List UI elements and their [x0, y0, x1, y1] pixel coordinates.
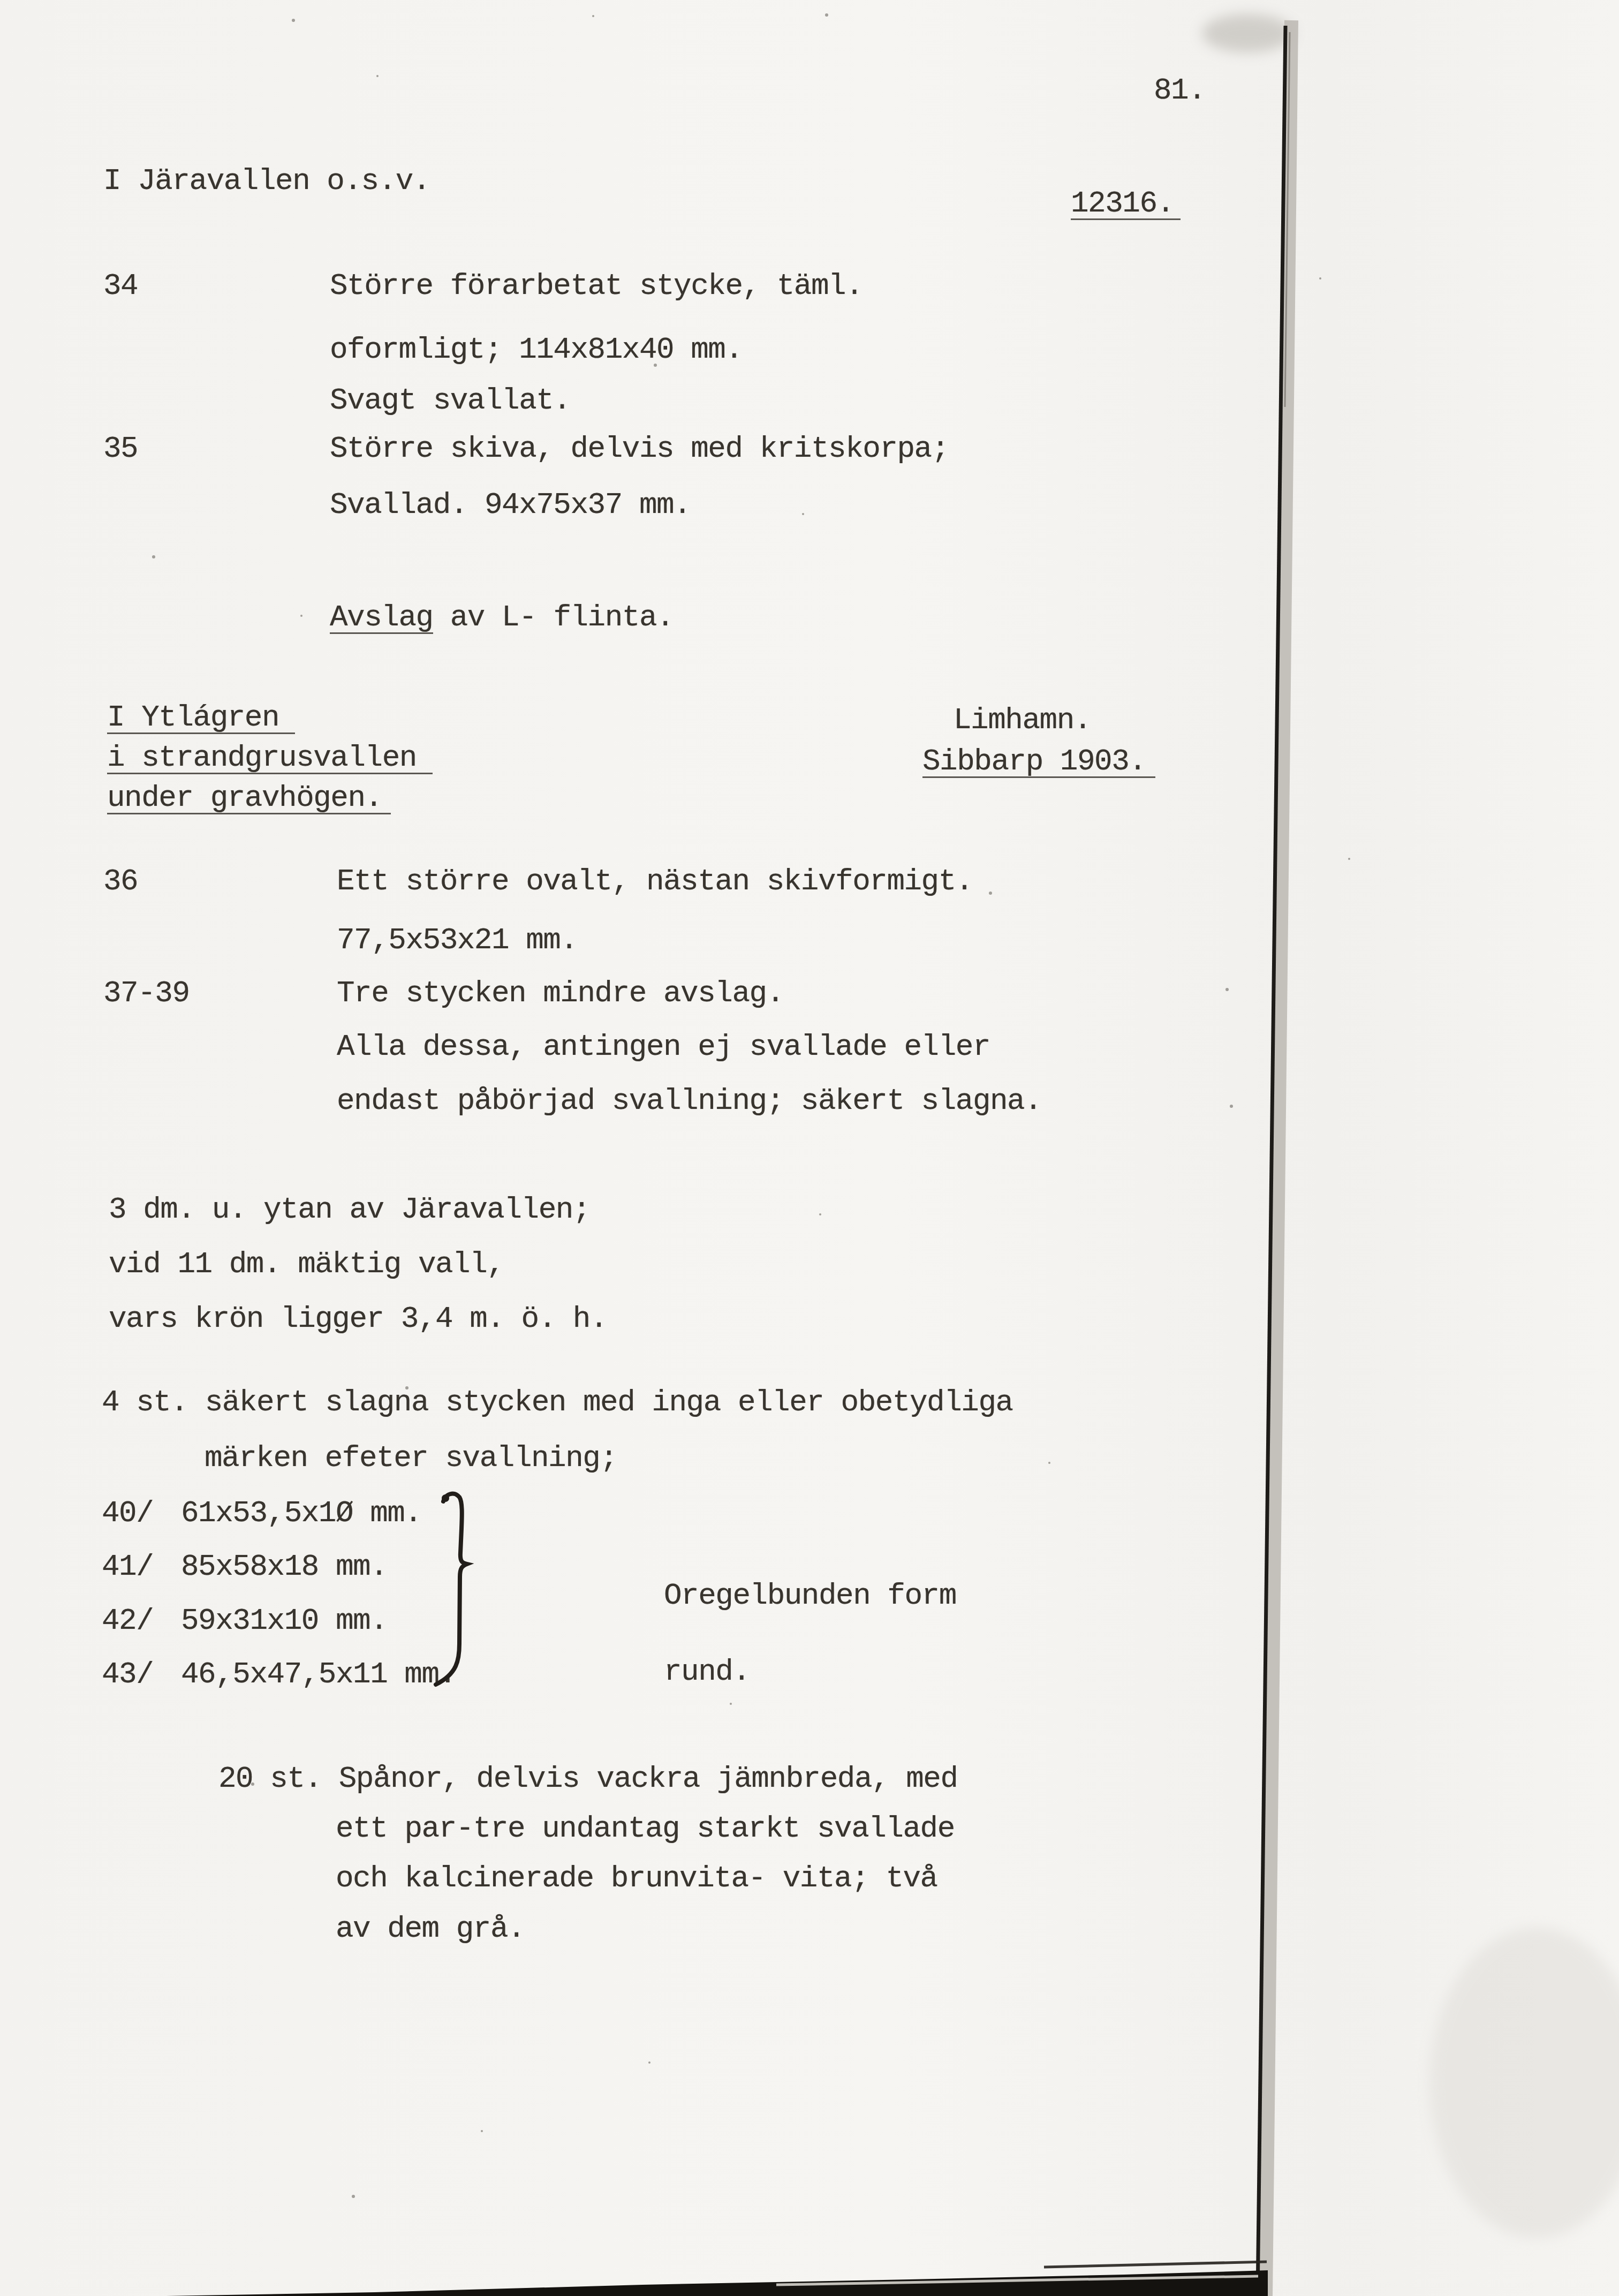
inventory-number: 12316.: [1071, 188, 1181, 220]
measured-item-dims: 59x31x10 mm.: [181, 1604, 387, 1638]
measured-item-number: 41/: [102, 1552, 181, 1582]
item-line: endast påbörjad svallning; säkert slagna…: [337, 1086, 1041, 1116]
item-number: 36: [103, 866, 138, 896]
scanned-document-page: 81. 12316. I Järavallen o.s.v. 34 Större…: [0, 0, 1619, 2296]
bottom-band-streak: [776, 2276, 1258, 2285]
item-number: 35: [103, 434, 138, 464]
measured-item-row: 40/61x53,5x1Ø mm.: [102, 1498, 421, 1528]
bottom-edge-band: [166, 2270, 1268, 2296]
shape-note-line: rund.: [664, 1657, 750, 1687]
section-heading-underlined: Avslag: [330, 602, 433, 634]
blade-note-line: och kalcinerade brunvita- vita; två: [336, 1863, 937, 1893]
section-heading: Avslag av L- flinta.: [330, 602, 674, 634]
measured-item-dims: 46,5x47,5x11 mm.: [181, 1657, 456, 1691]
item-line: Ett större ovalt, nästan skivformigt.: [337, 866, 973, 896]
measured-item-dims: 61x53,5x1Ø mm.: [181, 1496, 421, 1530]
depth-note-line: vid 11 dm. mäktig vall,: [109, 1249, 504, 1279]
item-line: oformligt; 114x81x40 mm.: [330, 335, 743, 365]
find-context-line: under gravhögen.: [107, 783, 391, 814]
measured-item-row: 41/85x58x18 mm.: [102, 1552, 387, 1582]
item-number: 37-39: [103, 978, 190, 1008]
blade-note-line: 20 st. Spånor, delvis vackra jämnbreda, …: [218, 1764, 958, 1794]
top-smudge: [1202, 14, 1293, 52]
measured-item-row: 43/46,5x47,5x11 mm.: [102, 1659, 456, 1689]
scan-artifacts-layer: [0, 0, 1619, 2296]
measured-item-number: 43/: [102, 1659, 181, 1689]
item-line: Alla dessa, antingen ej svallade eller: [337, 1032, 990, 1062]
section-heading-rest: av L- flinta.: [433, 600, 674, 635]
group-note-line: märken efeter svallning;: [205, 1443, 617, 1473]
measured-item-number: 42/: [102, 1606, 181, 1636]
group-note-line: 4 st. säkert slagna stycken med inga ell…: [102, 1387, 1013, 1417]
blade-note-line: av dem grå.: [336, 1914, 525, 1944]
measured-item-row: 42/59x31x10 mm.: [102, 1606, 387, 1636]
find-context-line: i strandgrusvallen: [107, 743, 433, 774]
depth-note-line: 3 dm. u. ytan av Järavallen;: [109, 1195, 590, 1225]
intro-line: I Järavallen o.s.v.: [103, 166, 430, 196]
item-line: Svagt svallat.: [330, 386, 570, 416]
find-context-line: I Ytlágren: [107, 703, 295, 734]
item-line: Större förarbetat stycke, täml.: [330, 271, 863, 301]
corner-blotch: [1429, 1928, 1619, 2238]
item-number: 34: [103, 271, 138, 301]
blade-note-line: ett par-tre undantag starkt svallade: [336, 1814, 955, 1844]
page-edge-shadow: [1266, 20, 1291, 2296]
measured-item-number: 40/: [102, 1498, 181, 1528]
site-place: Limhamn.: [954, 705, 1091, 735]
item-line: 77,5x53x21 mm.: [337, 925, 577, 955]
item-line: Svallad. 94x75x37 mm.: [330, 490, 691, 520]
inventory-number-text: 12316.: [1071, 188, 1181, 220]
binding-line-double: [1285, 32, 1290, 407]
site-parish-year: Sibbarp 1903.: [922, 746, 1155, 778]
depth-note-line: vars krön ligger 3,4 m. ö. h.: [109, 1304, 607, 1334]
bottom-band-topline: [1044, 2262, 1267, 2267]
measured-item-dims: 85x58x18 mm.: [181, 1550, 387, 1584]
item-line: Större skiva, delvis med kritskorpa;: [330, 434, 949, 464]
shape-note-line: Oregelbunden form: [664, 1581, 956, 1611]
binding-line: [1258, 26, 1285, 2296]
item-line: Tre stycken mindre avslag.: [337, 978, 784, 1008]
page-number: 81.: [1154, 75, 1205, 105]
